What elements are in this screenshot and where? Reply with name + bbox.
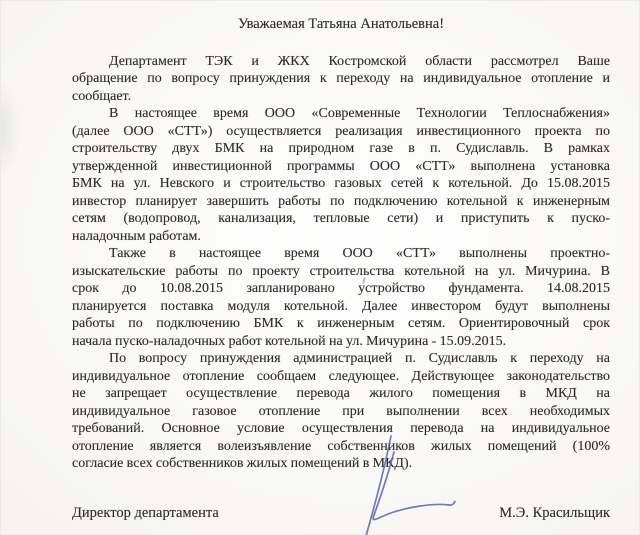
letter-line: (далее ООО «СТТ») осуществляется реализа…: [72, 123, 610, 141]
letter-line: Также в настоящее время ООО «СТТ» выполн…: [72, 245, 610, 263]
salutation: Уважаемая Татьяна Анатольевна!: [72, 16, 610, 34]
letter-line: инвестор планирует завершить работы по п…: [72, 193, 610, 211]
letter-line: требований. Основное условие осуществлен…: [72, 420, 610, 438]
paragraph-3: Также в настоящее время ООО «СТТ» выполн…: [72, 245, 610, 350]
paragraph-1: Департамент ТЭК и ЖКХ Костромской област…: [72, 53, 610, 106]
letter-line: обращение по вопросу принуждения к перех…: [72, 70, 610, 88]
letter-line: отопление является волеизъявление собств…: [72, 438, 610, 456]
letter-line: начала пуско-наладочных работ котельной …: [72, 333, 610, 351]
letter-line: строительству двух БМК на природном газе…: [72, 140, 610, 158]
letter-line: не запрещает осуществление перевода жило…: [72, 385, 610, 403]
letter-line: сетям (водопровод, канализация, тепловые…: [72, 210, 610, 228]
letter-body: Уважаемая Татьяна Анатольевна! Департаме…: [72, 0, 610, 473]
letter-line: индивидуальное газовое отопление при вып…: [72, 403, 610, 421]
signoff-row: Директор департамента М.Э. Красильщик: [72, 505, 610, 523]
signer-name: М.Э. Красильщик: [499, 505, 610, 523]
letter-line: согласие всех собственников жилых помеще…: [72, 455, 610, 473]
letter-line: По вопросу принуждения администрацией п.…: [72, 350, 610, 368]
letter-line: БМК на ул. Невского и строительство газо…: [72, 175, 610, 193]
letter-line: работы по подключению БМК к инженерным с…: [72, 315, 610, 333]
scanned-letter-page: Уважаемая Татьяна Анатольевна! Департаме…: [0, 0, 640, 535]
paragraph-4: По вопросу принуждения администрацией п.…: [72, 350, 610, 473]
letter-line: срок до 10.08.2015 запланировано устройс…: [72, 280, 610, 298]
signer-position: Директор департамента: [72, 505, 219, 523]
letter-line: изыскательские работы по проекту строите…: [72, 263, 610, 281]
letter-line: планируется поставка модуля котельной. Д…: [72, 298, 610, 316]
letter-line: Департамент ТЭК и ЖКХ Костромской област…: [72, 53, 610, 71]
paragraph-2: В настоящее время ООО «Современные Техно…: [72, 105, 610, 245]
letter-line: сообщает.: [72, 88, 610, 106]
letter-line: наладочным работам.: [72, 228, 610, 246]
letter-paragraphs: Департамент ТЭК и ЖКХ Костромской област…: [72, 53, 610, 473]
letter-line: индивидуальное отопление сообщаем следую…: [72, 368, 610, 386]
letter-line: В настоящее время ООО «Современные Техно…: [72, 105, 610, 123]
letter-line: утвержденной инвестиционной программы ОО…: [72, 158, 610, 176]
